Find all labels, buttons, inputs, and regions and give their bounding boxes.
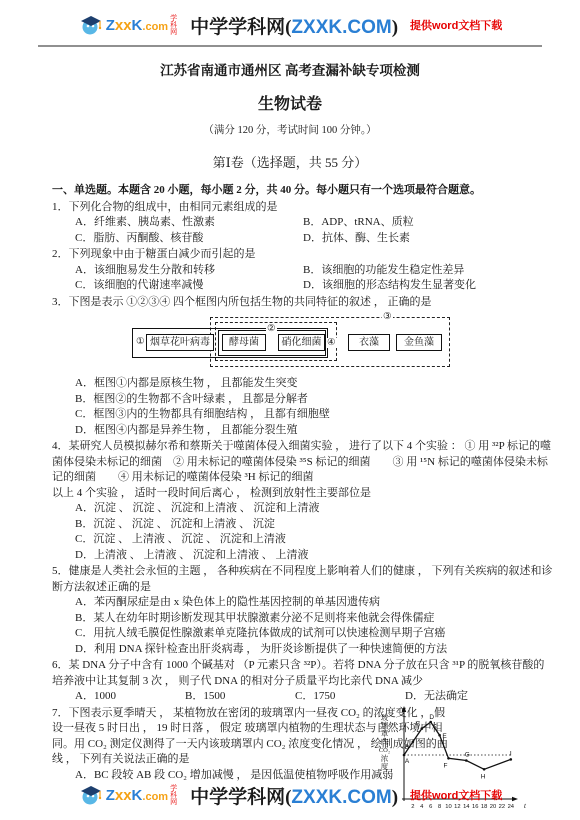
q3-option-d[interactable]: D．框图④内都是异养生物 ， 且都能分裂生殖 bbox=[75, 423, 554, 439]
svg-text:A: A bbox=[405, 758, 410, 765]
question-4: 4．某研究人员模拟赫尔希和蔡斯关于噬菌体侵入细菌实验 ， 进行了以下 4 个实验… bbox=[52, 439, 554, 563]
q6-option-d[interactable]: D．无法确定 bbox=[405, 689, 554, 705]
site-title-footer: 中学学科网(ZXXK.COM) bbox=[190, 782, 398, 809]
zxxk-logo-text: ZxxK.com bbox=[106, 787, 168, 804]
q3-option-b[interactable]: B．框图②的生物都不含叶绿素 ， 且都是分解者 bbox=[75, 392, 554, 408]
diagram-chlamydomonas-box: 衣藻 bbox=[348, 334, 390, 351]
exam-paper-page: ZxxK.com 学科网 中学学科网(ZXXK.COM) 提供word文档下载 … bbox=[0, 0, 580, 820]
q1-stem: 1．下列化合物的组成中，由相同元素组成的是 bbox=[52, 200, 554, 216]
site-title: 中学学科网(ZXXK.COM) bbox=[190, 12, 398, 39]
question-1: 1．下列化合物的组成中，由相同元素组成的是 A．纤维素、胰岛素、性激素 B．AD… bbox=[52, 200, 554, 247]
q3-option-c[interactable]: C．框图③内的生物都具有细胞结构 ， 且都有细胞壁 bbox=[75, 407, 554, 423]
q3-stem: 3．下图是表示 ①②③④ 四个框图内所包括生物的共同特征的叙述 ， 正确的是 bbox=[52, 295, 554, 311]
q3-organism-diagram: 烟草花叶病毒 酵母菌 硝化细菌 衣藻 金鱼藻 ① ② ③ ④ bbox=[102, 313, 474, 373]
question-6: 6．某 DNA 分子中含有 1000 个碱基对 （P 元素只含 ³²P）。若将 … bbox=[52, 658, 554, 705]
question-2: 2．下列现象中由于糖蛋白减少而引起的是 A．该细胞易发生分散和转移 B．该细胞的… bbox=[52, 247, 554, 294]
footer-brand-band: ZxxK.com 学科网 中学学科网(ZXXK.COM) 提供word文档下载 bbox=[0, 770, 580, 812]
diagram-label-3: ③ bbox=[382, 312, 393, 322]
paper-subject: 生物试卷 bbox=[0, 91, 580, 114]
diagram-nitrobacteria-box: 硝化细菌 bbox=[278, 334, 325, 351]
svg-text:D: D bbox=[429, 714, 434, 721]
q1-option-a[interactable]: A．纤维素、胰岛素、性激素 bbox=[75, 215, 303, 231]
q6-stem: 6．某 DNA 分子中含有 1000 个碱基对 （P 元素只含 ³²P）。若将 … bbox=[52, 658, 554, 689]
svg-text:I: I bbox=[510, 750, 512, 757]
footer: ZxxK.com 学科网 中学学科网(ZXXK.COM) 提供word文档下载 bbox=[0, 770, 580, 812]
paper-meta: （满分 120 分，考试时间 100 分钟。） bbox=[0, 122, 580, 137]
svg-text:G: G bbox=[465, 751, 470, 758]
part-intro: 一、单选题。本题含 20 小题，每小题 2 分，共 40 分。每小题只有一个选项… bbox=[52, 183, 554, 199]
svg-text:B: B bbox=[405, 743, 409, 750]
section-title: 第Ⅰ卷（选择题，共 55 分） bbox=[0, 152, 580, 171]
q2-option-a[interactable]: A．该细胞易发生分散和转移 bbox=[75, 263, 303, 279]
zxxk-mascot-icon bbox=[78, 784, 104, 806]
q2-option-d[interactable]: D．该细胞的形态结构发生显著变化 bbox=[303, 278, 554, 294]
q1-option-c[interactable]: C．脂肪、丙酮酸、核苷酸 bbox=[75, 231, 303, 247]
diagram-label-1: ① bbox=[135, 337, 146, 347]
word-download-link-footer[interactable]: 提供word文档下载 bbox=[410, 787, 502, 803]
diagram-yeast-box: 酵母菌 bbox=[222, 334, 266, 351]
zxxk-logo-footer[interactable]: ZxxK.com 学科网 bbox=[78, 784, 178, 806]
q1-option-d[interactable]: D．抗体、酶、生长素 bbox=[303, 231, 554, 247]
q2-stem: 2．下列现象中由于糖蛋白减少而引起的是 bbox=[52, 247, 554, 263]
svg-text:E: E bbox=[442, 733, 447, 740]
q4-option-d[interactable]: D．上清液 、 上清液 、 沉淀和上清液 、 上清液 bbox=[75, 548, 554, 564]
zxxk-logo-text: ZxxK.com bbox=[106, 17, 168, 34]
q4-option-a[interactable]: A．沉淀 、 沉淀 、 沉淀和上清液 、 沉淀和上清液 bbox=[75, 501, 554, 517]
q1-option-b[interactable]: B．ADP、tRNA、质粒 bbox=[303, 215, 554, 231]
word-download-link[interactable]: 提供word文档下载 bbox=[410, 17, 502, 33]
zxxk-mascot-icon bbox=[78, 14, 104, 36]
q3-option-a[interactable]: A．框图①内都是原核生物 ， 且都能发生突变 bbox=[75, 376, 554, 392]
q5-option-d[interactable]: D．利用 DNA 探针检查出肝炎病毒 ， 为肝炎诊断提供了一种快速简便的方法 bbox=[75, 642, 554, 658]
svg-text:C: C bbox=[415, 720, 420, 727]
q5-option-b[interactable]: B．某人在幼年时期诊断发现其甲状腺激素分泌不足则将来他就会得侏儒症 bbox=[75, 611, 554, 627]
zxxk-logo[interactable]: ZxxK.com 学科网 bbox=[78, 14, 178, 36]
q5-stem: 5．健康是人类社会永恒的主题 ， 各种疾病在不同程度上影响着人们的健康 ， 下列… bbox=[52, 564, 554, 595]
diagram-label-2: ② bbox=[266, 324, 277, 334]
question-area: 一、单选题。本题含 20 小题，每小题 2 分，共 40 分。每小题只有一个选项… bbox=[52, 183, 554, 783]
zxxk-logo-badge: 学科网 bbox=[170, 15, 178, 36]
q4-stem2: 以上 4 个实验 ， 适时一段时间后离心 ， 检测到放射性主要部位是 bbox=[52, 486, 554, 502]
q4-stem: 4．某研究人员模拟赫尔希和蔡斯关于噬菌体侵入细菌实验 ， 进行了以下 4 个实验… bbox=[52, 439, 554, 486]
q6-option-a[interactable]: A．1000 bbox=[75, 689, 185, 705]
question-3: 3．下图是表示 ①②③④ 四个框图内所包括生物的共同特征的叙述 ， 正确的是 烟… bbox=[52, 295, 554, 439]
q5-option-c[interactable]: C．用抗人绒毛膜促性腺激素单克隆抗体做成的试剂可以快速检测早期子宫癌 bbox=[75, 626, 554, 642]
question-5: 5．健康是人类社会永恒的主题 ， 各种疾病在不同程度上影响着人们的健康 ， 下列… bbox=[52, 564, 554, 657]
header-brand-band: ZxxK.com 学科网 中学学科网(ZXXK.COM) 提供word文档下载 bbox=[0, 0, 580, 42]
diagram-label-4: ④ bbox=[326, 338, 337, 348]
q5-option-a[interactable]: A．苯丙酮尿症是由 x 染色体上的隐性基因控制的单基因遗传病 bbox=[75, 595, 554, 611]
header-divider bbox=[38, 45, 542, 47]
diagram-virus-box: 烟草花叶病毒 bbox=[146, 334, 214, 351]
q6-option-b[interactable]: B．1500 bbox=[185, 689, 295, 705]
q2-option-b[interactable]: B．该细胞的功能发生稳定性差异 bbox=[303, 263, 554, 279]
q4-option-c[interactable]: C．沉淀 、 上清液 、 沉淀 、 沉淀和上清液 bbox=[75, 532, 554, 548]
diagram-hornwort-box: 金鱼藻 bbox=[396, 334, 442, 351]
q6-option-c[interactable]: C．1750 bbox=[295, 689, 405, 705]
zxxk-logo-badge: 学科网 bbox=[170, 785, 178, 806]
q4-option-b[interactable]: B．沉淀 、 沉淀 、 沉淀和上清液 、 沉淀 bbox=[75, 517, 554, 533]
q2-option-c[interactable]: C．该细胞的代谢速率减慢 bbox=[75, 278, 303, 294]
svg-text:F: F bbox=[444, 762, 448, 769]
paper-title: 江苏省南通市通州区 高考查漏补缺专项检测 bbox=[0, 59, 580, 79]
